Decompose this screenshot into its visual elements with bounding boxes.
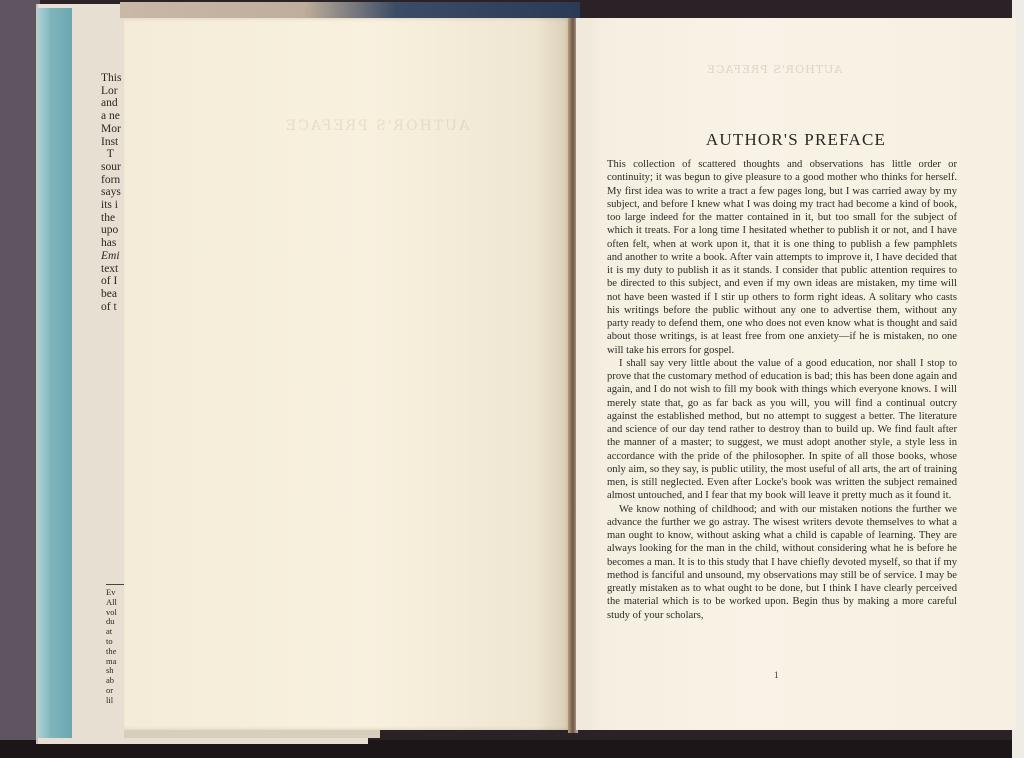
- left-page-blank: AUTHOR'S PREFACE: [124, 18, 571, 730]
- flap-line: its i: [101, 199, 123, 212]
- flap-line: of t: [101, 301, 123, 314]
- flap-line: upo: [101, 224, 123, 237]
- jacket-flap-text-top: ThisLoranda neMorInst Tsourfornsaysits i…: [101, 72, 123, 313]
- flap-line: and: [101, 97, 123, 110]
- background-left: [0, 0, 40, 758]
- flap-line: a ne: [101, 110, 123, 123]
- flap-line: lil: [106, 696, 124, 706]
- show-through-runhead: AUTHOR'S PREFACE: [706, 63, 842, 76]
- paragraph-1: This collection of scattered thoughts an…: [607, 158, 957, 357]
- book-cover-top-edge: [120, 2, 580, 18]
- preface-body: This collection of scattered thoughts an…: [607, 158, 957, 622]
- flap-line: of I: [101, 275, 123, 288]
- flap-line: text: [101, 263, 123, 276]
- flap-line: This: [101, 72, 123, 85]
- right-page: AUTHOR'S PREFACE AUTHOR'S PREFACE This c…: [576, 18, 1016, 730]
- dust-jacket-spine-edge: [38, 8, 72, 738]
- flap-line: Inst: [101, 136, 123, 149]
- flap-line: Mor: [101, 123, 123, 136]
- flap-line: Lor: [101, 85, 123, 98]
- flap-line: sour: [101, 161, 123, 174]
- page-number: 1: [774, 670, 779, 680]
- show-through-heading: AUTHOR'S PREFACE: [284, 118, 469, 134]
- jacket-flap-text-bottom: EvAllvolduattothemashaborlil: [106, 584, 124, 706]
- page-title: AUTHOR'S PREFACE: [576, 130, 1016, 150]
- flap-line: has: [101, 237, 123, 250]
- flap-line: Emi: [101, 250, 123, 263]
- flap-line: forn: [101, 174, 123, 187]
- flap-line: T: [101, 148, 123, 161]
- flap-line: bea: [101, 288, 123, 301]
- paragraph-3: We know nothing of childhood; and with o…: [607, 503, 957, 622]
- flap-line: the: [101, 212, 123, 225]
- flap-line: says: [101, 186, 123, 199]
- paragraph-2: I shall say very little about the value …: [607, 357, 957, 503]
